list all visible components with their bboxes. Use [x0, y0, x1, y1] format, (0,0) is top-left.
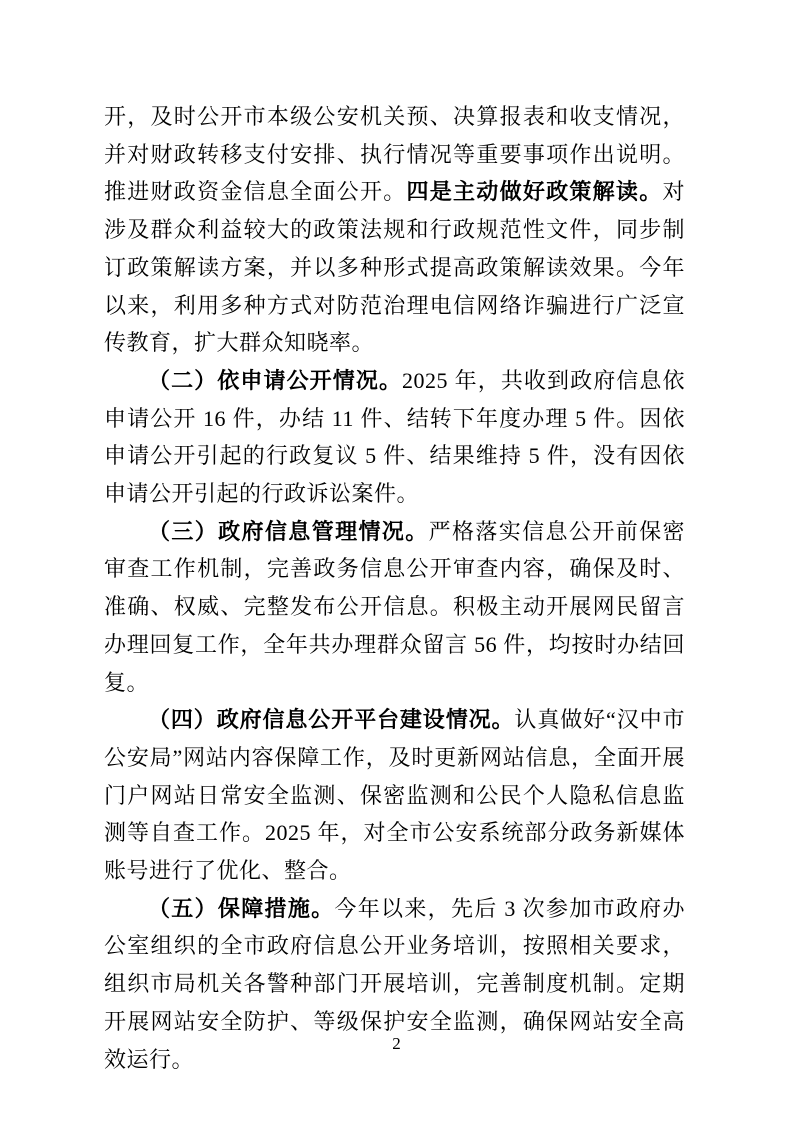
bold-run: （三）政府信息管理情况。 [148, 519, 429, 544]
document-page: 开，及时公开市本级公安机关预、决算报表和收支情况，并对财政转移支付安排、执行情况… [0, 0, 793, 1122]
text-run: 严格落实信息公开前保密审查工作机制，完善政务信息公开审查内容，确保及时、准确、权… [104, 519, 685, 695]
paragraph-continuation: 开，及时公开市本级公安机关预、决算报表和收支情况，并对财政转移支付安排、执行情况… [104, 98, 685, 362]
bold-run: （五）保障措施。 [148, 896, 334, 921]
bold-run: （二）依申请公开情况。 [148, 368, 402, 393]
page-number: 2 [0, 1033, 793, 1055]
paragraph-section-info-management: （三）政府信息管理情况。严格落实信息公开前保密审查工作机制，完善政务信息公开审查… [104, 513, 685, 702]
bold-run: 四是主动做好政策解读。 [407, 179, 663, 204]
bold-run: （四）政府信息公开平台建设情况。 [148, 707, 514, 732]
document-text-block: 开，及时公开市本级公安机关预、决算报表和收支情况，并对财政转移支付安排、执行情况… [104, 98, 685, 1078]
text-run: 对涉及群众利益较大的政策法规和行政规范性文件，同步制订政策解读方案，并以多种形式… [104, 179, 685, 355]
paragraph-section-request-disclosure: （二）依申请公开情况。2025 年，共收到政府信息依申请公开 16 件，办结 1… [104, 362, 685, 513]
paragraph-section-platform-construction: （四）政府信息公开平台建设情况。认真做好“汉中市公安局”网站内容保障工作，及时更… [104, 701, 685, 890]
text-run: 认真做好“汉中市公安局”网站内容保障工作，及时更新网站信息，全面开展门户网站日常… [104, 707, 685, 883]
